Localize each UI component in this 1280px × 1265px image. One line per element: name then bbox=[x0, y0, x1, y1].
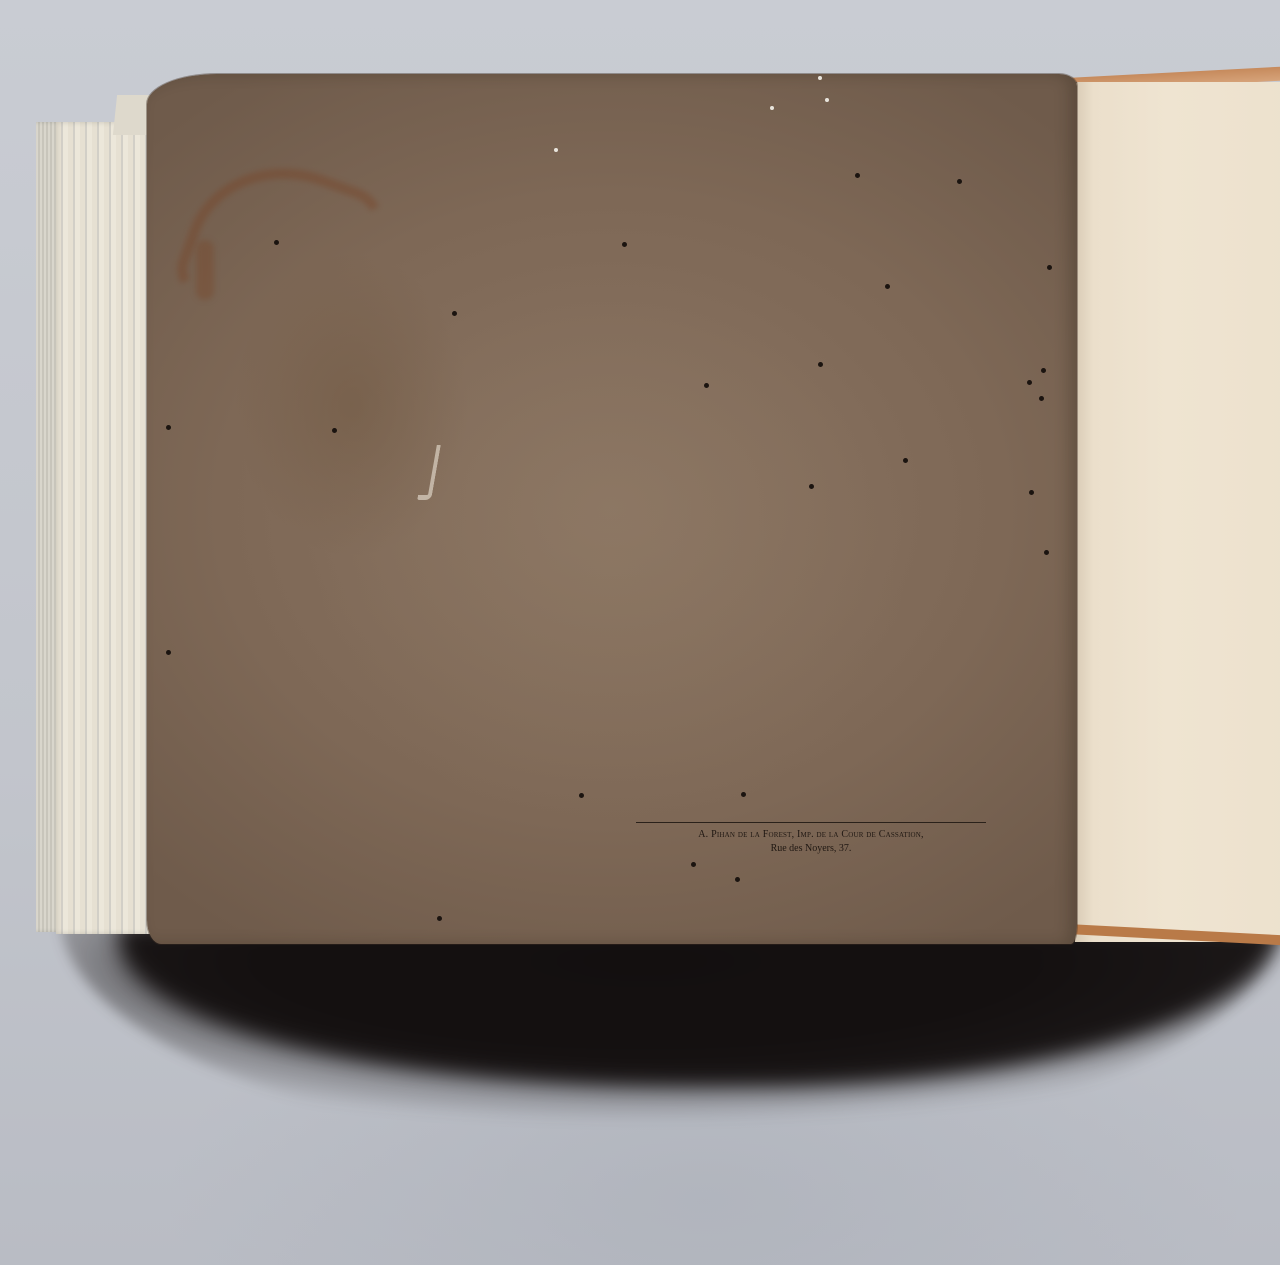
wormhole bbox=[691, 862, 696, 867]
wormhole bbox=[437, 916, 442, 921]
wormhole bbox=[809, 484, 814, 489]
wormhole bbox=[855, 173, 860, 178]
wormhole bbox=[274, 240, 279, 245]
wormhole-light bbox=[554, 148, 558, 152]
wormhole-light bbox=[818, 76, 822, 80]
wormhole bbox=[452, 311, 457, 316]
wormhole bbox=[1041, 368, 1046, 373]
imprint-rule bbox=[636, 822, 986, 823]
wormhole bbox=[903, 458, 908, 463]
wormhole bbox=[741, 792, 746, 797]
water-stain-drip bbox=[196, 240, 214, 300]
wormhole bbox=[957, 179, 962, 184]
wormhole bbox=[704, 383, 709, 388]
imprint-printer-line: A. Pihan de la Forest, Imp. de la Cour d… bbox=[636, 828, 986, 842]
wormhole bbox=[885, 284, 890, 289]
right-blank-page bbox=[1072, 82, 1280, 942]
printer-imprint: A. Pihan de la Forest, Imp. de la Cour d… bbox=[636, 822, 986, 856]
wormhole bbox=[1044, 550, 1049, 555]
wormhole-light bbox=[770, 106, 774, 110]
wormhole bbox=[1039, 396, 1044, 401]
wormhole bbox=[1027, 380, 1032, 385]
wormhole bbox=[332, 428, 337, 433]
wormhole bbox=[1047, 265, 1052, 270]
wormhole bbox=[1029, 490, 1034, 495]
wormhole bbox=[166, 650, 171, 655]
wormhole bbox=[735, 877, 740, 882]
wormhole-light bbox=[825, 98, 829, 102]
wormhole bbox=[579, 793, 584, 798]
imprint-address-line: Rue des Noyers, 37. bbox=[636, 842, 986, 856]
wormhole bbox=[818, 362, 823, 367]
wormhole bbox=[622, 242, 627, 247]
wormhole bbox=[166, 425, 171, 430]
